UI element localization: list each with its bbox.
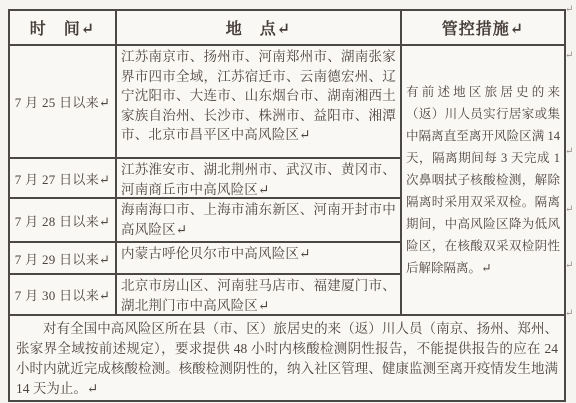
measures-cell: 有前述地区旅居史的来（返）川人员实行居家或集中隔离直至离开风险区满 14 天，隔… bbox=[402, 46, 564, 316]
scanned-document: 时 间↵ 地 点↵ 管控措施↵ 7 月 25 日以来↵ 江苏南京市、扬州市、河南… bbox=[0, 0, 576, 403]
table-row-3-time: 7 月 28 日以来↵ bbox=[10, 199, 117, 243]
measures-text: 有前述地区旅居史的来（返）川人员实行居家或集中隔离直至离开风险区满 14 天，隔… bbox=[406, 81, 560, 279]
table-row-2-location: 江苏淮安市、湖北荆州市、武汉市、黄冈市、河南商丘市中高风险区↵ bbox=[117, 159, 402, 199]
margin-return-mark: ↵ bbox=[565, 204, 573, 215]
margin-return-mark: ↵ bbox=[565, 146, 573, 157]
table-row-1-location: 江苏南京市、扬州市、河南郑州市、湖南张家界市四市全域，江苏宿迁市、云南德宏州、辽… bbox=[117, 46, 402, 159]
table-row-5-time: 7 月 30 日以来↵ bbox=[10, 275, 117, 316]
table-row-5-location: 北京市房山区、河南驻马店市、福建厦门市、湖北荆门市中高风险区↵ bbox=[117, 275, 402, 316]
margin-return-mark: ↵ bbox=[565, 4, 573, 15]
margin-return-mark: ↵ bbox=[565, 50, 573, 61]
control-measures-table: 时 间↵ 地 点↵ 管控措施↵ 7 月 25 日以来↵ 江苏南京市、扬州市、河南… bbox=[8, 9, 566, 402]
margin-return-mark: ↵ bbox=[565, 260, 573, 271]
header-measures: 管控措施↵ bbox=[402, 11, 564, 46]
margin-return-mark: ↵ bbox=[565, 308, 573, 319]
table-row-3-location: 海南海口市、上海市浦东新区、河南开封市中高风险区↵ bbox=[117, 199, 402, 243]
footnote-paragraph: 对有全国中高风险区所在县（市、区）旅居史的来（返）川人员（南京、扬州、郑州、张家… bbox=[10, 316, 564, 400]
table-row-4-time: 7 月 29 日以来↵ bbox=[10, 243, 117, 275]
table-row-4-location: 内蒙古呼伦贝尔市中高风险区↵ bbox=[117, 243, 402, 275]
table-row-1-time: 7 月 25 日以来↵ bbox=[10, 46, 117, 159]
header-time: 时 间↵ bbox=[10, 11, 117, 46]
header-location: 地 点↵ bbox=[117, 11, 402, 46]
table-row-2-time: 7 月 27 日以来↵ bbox=[10, 159, 117, 199]
